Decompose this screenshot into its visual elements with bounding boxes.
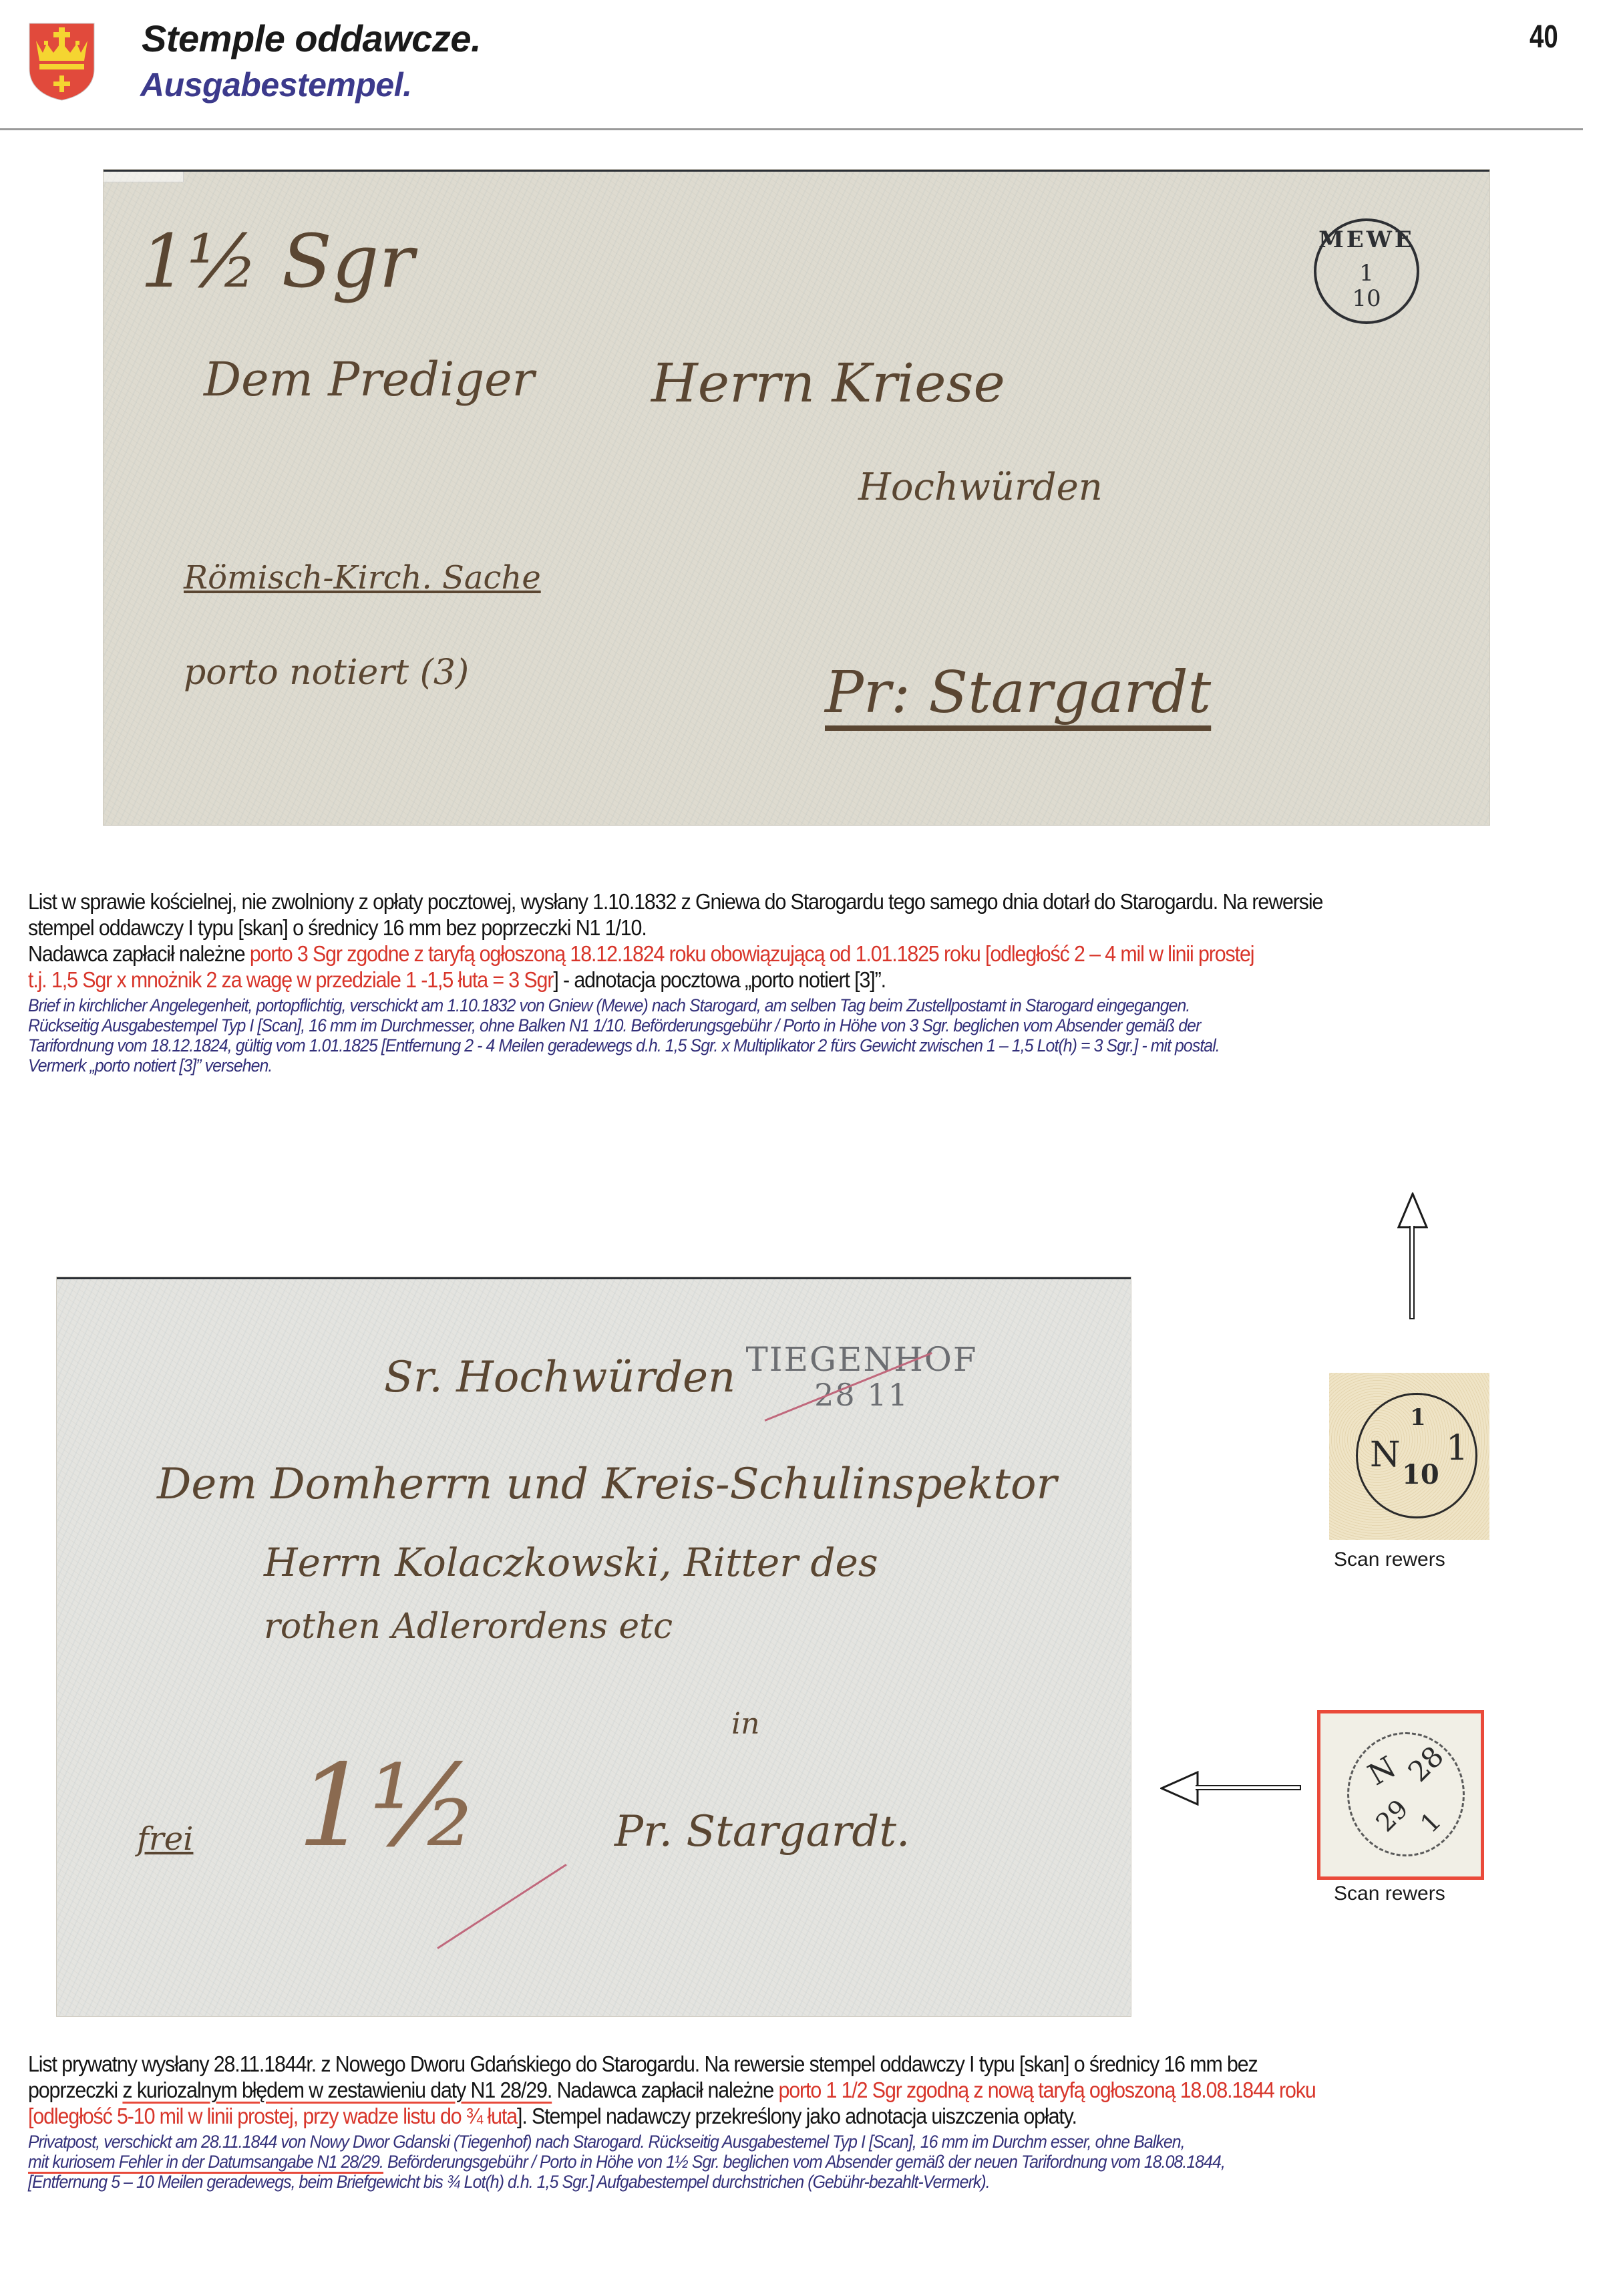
franking-note: frei [137,1820,193,1858]
address-line: Dem Prediger [204,352,534,407]
letter-2-description: List prywatny wysłany 28.11.1844r. z Now… [28,2051,1578,2192]
arrow-up-icon [1397,1192,1428,1230]
mount-corner [104,170,184,182]
scan-reverse-2: N 28 29 1 [1317,1710,1484,1880]
address-line: Pr. Stargardt. [614,1807,910,1856]
arrow-up-shaft [1409,1226,1415,1319]
page-title: Stemple oddawcze. [142,17,481,60]
letter-1-envelope-image: 1½ Sgr Dem Prediger Herrn Kriese Hochwür… [104,170,1489,825]
rate-note: 1½ [297,1740,480,1872]
scan-reverse-1: N 1 10 1 [1329,1373,1489,1540]
address-line: Herrn Kriese [651,352,1005,414]
scan-label: Scan rewers [1334,1882,1445,1905]
letter-1-description: List w sprawie kościelnej, nie zwolniony… [28,888,1578,1076]
arrow-left-icon [1160,1771,1199,1806]
address-line: Sr. Hochwürden [384,1353,735,1402]
address-line: Pr: Stargardt [825,659,1211,726]
header-divider [0,128,1583,130]
cancellation-stroke [437,1864,567,1949]
page-number: 40 [1530,19,1558,56]
mewe-postmark: MEWE 1 10 [1314,218,1419,324]
address-line: Dem Domherrn und Kreis-Schulinspektor [157,1460,1057,1509]
coat-of-arms-icon [28,22,96,101]
letter-2-envelope-image: Sr. Hochwürden Dem Domherrn und Kreis-Sc… [57,1277,1131,2016]
address-line: Herrn Kolaczkowski, Ritter des [264,1540,878,1585]
description-de: Brief in kirchlicher Angelegenheit, port… [28,995,1576,1076]
tiegenhof-postmark: TIEGENHOF 28 11 [735,1341,989,1412]
scan-label: Scan rewers [1334,1548,1445,1571]
arrival-postmark-n1-1-10: N 1 10 1 [1356,1393,1477,1518]
rate-note: 1½ Sgr [140,218,414,304]
description-pl: List w sprawie kościelnej, nie zwolniony… [28,888,1576,993]
description-pl: List prywatny wysłany 28.11.1844r. z Now… [28,2051,1576,2129]
address-line: rothen Adlerordens etc [264,1607,673,1647]
address-line: Hochwürden [858,466,1103,509]
address-line: in [731,1707,759,1741]
side-note: Römisch-Kirch. Sache [184,559,541,597]
page-subtitle: Ausgabestempel. [140,65,412,104]
porto-note: porto notiert (3) [184,653,469,693]
arrival-postmark-n1-28-29: N 28 29 1 [1347,1732,1465,1856]
arrow-left-shaft [1196,1785,1301,1790]
description-de: Privatpost, verschickt am 28.11.1844 von… [28,2132,1576,2192]
